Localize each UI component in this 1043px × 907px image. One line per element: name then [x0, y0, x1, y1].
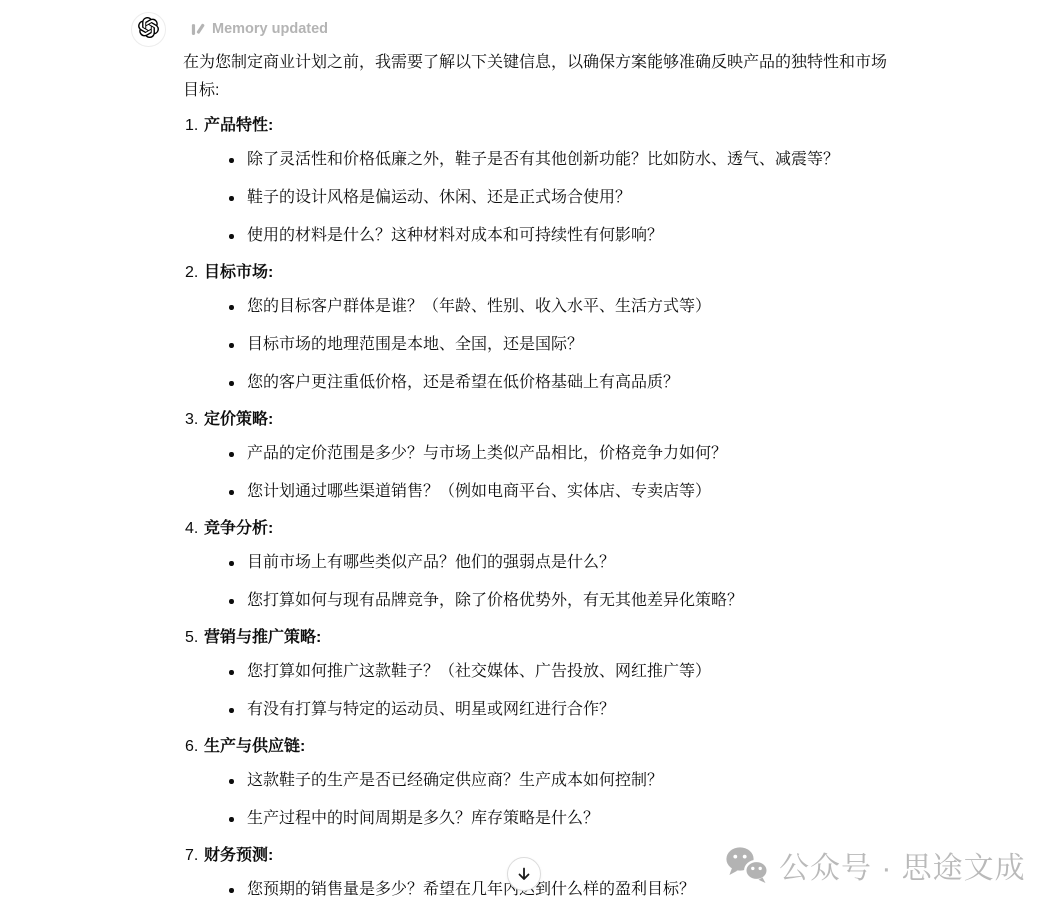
assistant-avatar — [131, 12, 166, 47]
section-title: 财务预测: — [204, 842, 273, 870]
section-title: 竞争分析: — [204, 515, 273, 543]
arrow-down-icon — [516, 866, 532, 882]
bullet-item: 目标市场的地理范围是本地、全国，还是国际？ — [183, 331, 893, 359]
wechat-watermark: 公众号 · 思途文成 — [725, 843, 1026, 887]
section-title: 目标市场: — [204, 259, 273, 287]
section-title: 定价策略: — [204, 406, 273, 434]
section-product-features: 1. 产品特性: 除了灵活性和价格低廉之外，鞋子是否有其他创新功能？比如防水、透… — [183, 112, 893, 250]
section-production-supply-chain: 6. 生产与供应链: 这款鞋子的生产是否已经确定供应商？生产成本如何控制？ 生产… — [183, 733, 893, 833]
memory-updated-label: Memory updated — [212, 21, 328, 37]
bullet-item: 使用的材料是什么？这种材料对成本和可持续性有何影响？ — [183, 222, 893, 250]
bullet-item: 生产过程中的时间周期是多久？库存策略是什么？ — [183, 805, 893, 833]
section-target-market: 2. 目标市场: 您的目标客户群体是谁？（年龄、性别、收入水平、生活方式等） 目… — [183, 259, 893, 397]
section-number: 6. — [183, 733, 204, 761]
assistant-message: 在为您制定商业计划之前，我需要了解以下关键信息，以确保方案能够准确反映产品的独特… — [183, 49, 893, 907]
section-number: 5. — [183, 624, 204, 652]
section-title: 产品特性: — [204, 112, 273, 140]
section-marketing-promotion: 5. 营销与推广策略: 您打算如何推广这款鞋子？（社交媒体、广告投放、网红推广等… — [183, 624, 893, 724]
bullet-item: 产品的定价范围是多少？与市场上类似产品相比，价格竞争力如何？ — [183, 440, 893, 468]
section-competition-analysis: 4. 竞争分析: 目前市场上有哪些类似产品？他们的强弱点是什么？ 您打算如何与现… — [183, 515, 893, 615]
wechat-icon — [725, 846, 769, 884]
section-pricing-strategy: 3. 定价策略: 产品的定价范围是多少？与市场上类似产品相比，价格竞争力如何？ … — [183, 406, 893, 506]
bullet-item: 您打算如何推广这款鞋子？（社交媒体、广告投放、网红推广等） — [183, 658, 893, 686]
scroll-to-bottom-button[interactable] — [507, 857, 541, 891]
openai-logo-icon — [138, 17, 159, 43]
section-number: 2. — [183, 259, 204, 287]
section-title: 生产与供应链: — [204, 733, 305, 761]
section-number: 7. — [183, 842, 204, 870]
bullet-item: 您打算如何与现有品牌竞争，除了价格优势外，有无其他差异化策略？ — [183, 587, 893, 615]
watermark-text: 公众号 · 思途文成 — [779, 843, 1026, 887]
memory-updated-badge[interactable]: Memory updated — [190, 21, 328, 37]
bullet-item: 您计划通过哪些渠道销售？（例如电商平台、实体店、专卖店等） — [183, 478, 893, 506]
memory-pencil-icon — [190, 22, 205, 37]
section-title: 营销与推广策略: — [204, 624, 321, 652]
bullet-item: 鞋子的设计风格是偏运动、休闲、还是正式场合使用？ — [183, 184, 893, 212]
section-number: 4. — [183, 515, 204, 543]
bullet-item: 目前市场上有哪些类似产品？他们的强弱点是什么？ — [183, 549, 893, 577]
bullet-item: 这款鞋子的生产是否已经确定供应商？生产成本如何控制？ — [183, 767, 893, 795]
bullet-item: 您的目标客户群体是谁？（年龄、性别、收入水平、生活方式等） — [183, 293, 893, 321]
bullet-item: 除了灵活性和价格低廉之外，鞋子是否有其他创新功能？比如防水、透气、减震等？ — [183, 146, 893, 174]
section-number: 3. — [183, 406, 204, 434]
chat-page: Memory updated 在为您制定商业计划之前，我需要了解以下关键信息，以… — [0, 0, 1043, 907]
section-number: 1. — [183, 112, 204, 140]
message-intro: 在为您制定商业计划之前，我需要了解以下关键信息，以确保方案能够准确反映产品的独特… — [183, 49, 893, 105]
bullet-item: 您的客户更注重低价格，还是希望在低价格基础上有高品质？ — [183, 369, 893, 397]
bullet-item: 有没有打算与特定的运动员、明星或网红进行合作？ — [183, 696, 893, 724]
